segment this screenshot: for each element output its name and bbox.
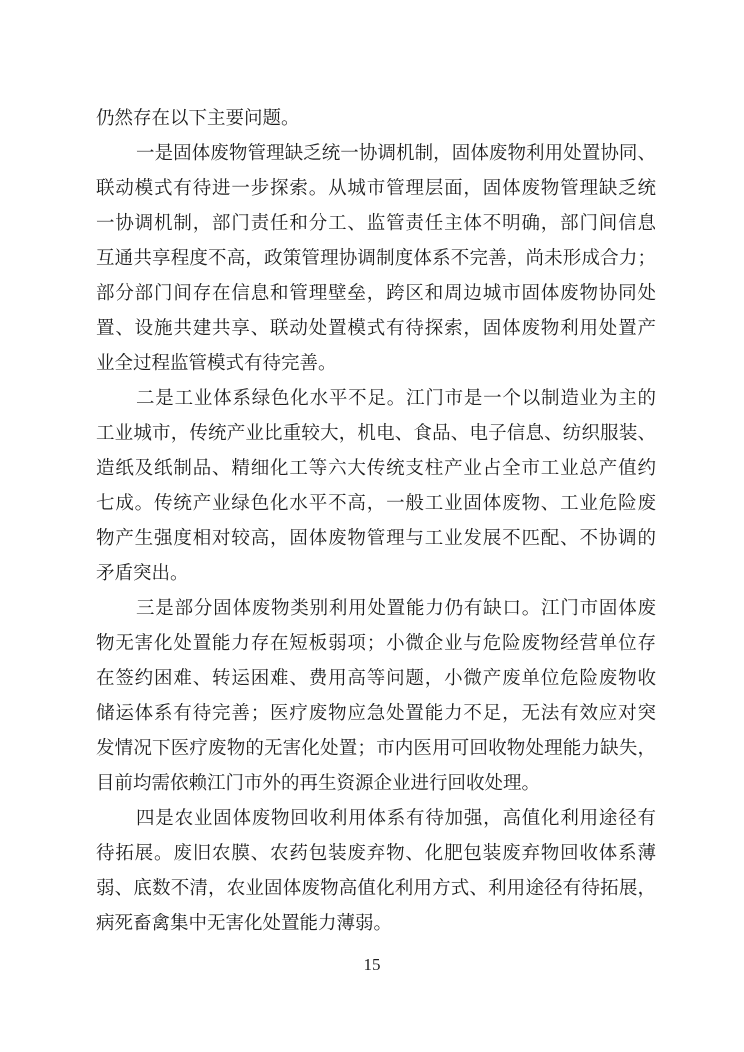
text-line: 置、设施共建共享、联动处置模式有待探索，固体废物利用处置产	[96, 312, 656, 347]
text-line: 仍然存在以下主要问题。	[96, 102, 656, 137]
text-line: 一协调机制，部门责任和分工、监管责任主体不明确，部门间信息	[96, 207, 656, 242]
text-line: 联动模式有待进一步探索。从城市管理层面，固体废物管理缺乏统	[96, 172, 656, 207]
text-line: 储运体系有待完善；医疗废物应急处置能力不足，无法有效应对突	[96, 697, 656, 732]
text-line: 目前均需依赖江门市外的再生资源企业进行回收处理。	[96, 767, 656, 802]
text-line: 矛盾突出。	[96, 557, 656, 592]
text-line: 病死畜禽集中无害化处置能力薄弱。	[96, 907, 656, 942]
text-line: 部分部门间存在信息和管理壁垒，跨区和周边城市固体废物协同处	[96, 277, 656, 312]
text-line: 业全过程监管模式有待完善。	[96, 347, 656, 382]
document-body: 仍然存在以下主要问题。 一是固体废物管理缺乏统一协调机制，固体废物利用处置协同、…	[96, 102, 656, 942]
text-line: 在签约困难、转运困难、费用高等问题，小微产废单位危险废物收	[96, 662, 656, 697]
page-number: 15	[0, 953, 744, 977]
text-line: 工业城市，传统产业比重较大，机电、食品、电子信息、纺织服装、	[96, 417, 656, 452]
text-line: 一是固体废物管理缺乏统一协调机制，固体废物利用处置协同、	[96, 137, 656, 172]
text-line: 七成。传统产业绿色化水平不高，一般工业固体废物、工业危险废	[96, 487, 656, 522]
text-line: 物产生强度相对较高，固体废物管理与工业发展不匹配、不协调的	[96, 522, 656, 557]
text-line: 造纸及纸制品、精细化工等六大传统支柱产业占全市工业总产值约	[96, 452, 656, 487]
text-line: 待拓展。废旧农膜、农药包装废弃物、化肥包装废弃物回收体系薄	[96, 837, 656, 872]
text-line: 四是农业固体废物回收利用体系有待加强，高值化利用途径有	[96, 802, 656, 837]
text-line: 发情况下医疗废物的无害化处置；市内医用可回收物处理能力缺失，	[96, 732, 656, 767]
text-line: 二是工业体系绿色化水平不足。江门市是一个以制造业为主的	[96, 382, 656, 417]
text-line: 三是部分固体废物类别利用处置能力仍有缺口。江门市固体废	[96, 592, 656, 627]
text-line: 物无害化处置能力存在短板弱项；小微企业与危险废物经营单位存	[96, 627, 656, 662]
text-line: 弱、底数不清，农业固体废物高值化利用方式、利用途径有待拓展，	[96, 872, 656, 907]
text-line: 互通共享程度不高，政策管理协调制度体系不完善，尚未形成合力；	[96, 242, 656, 277]
